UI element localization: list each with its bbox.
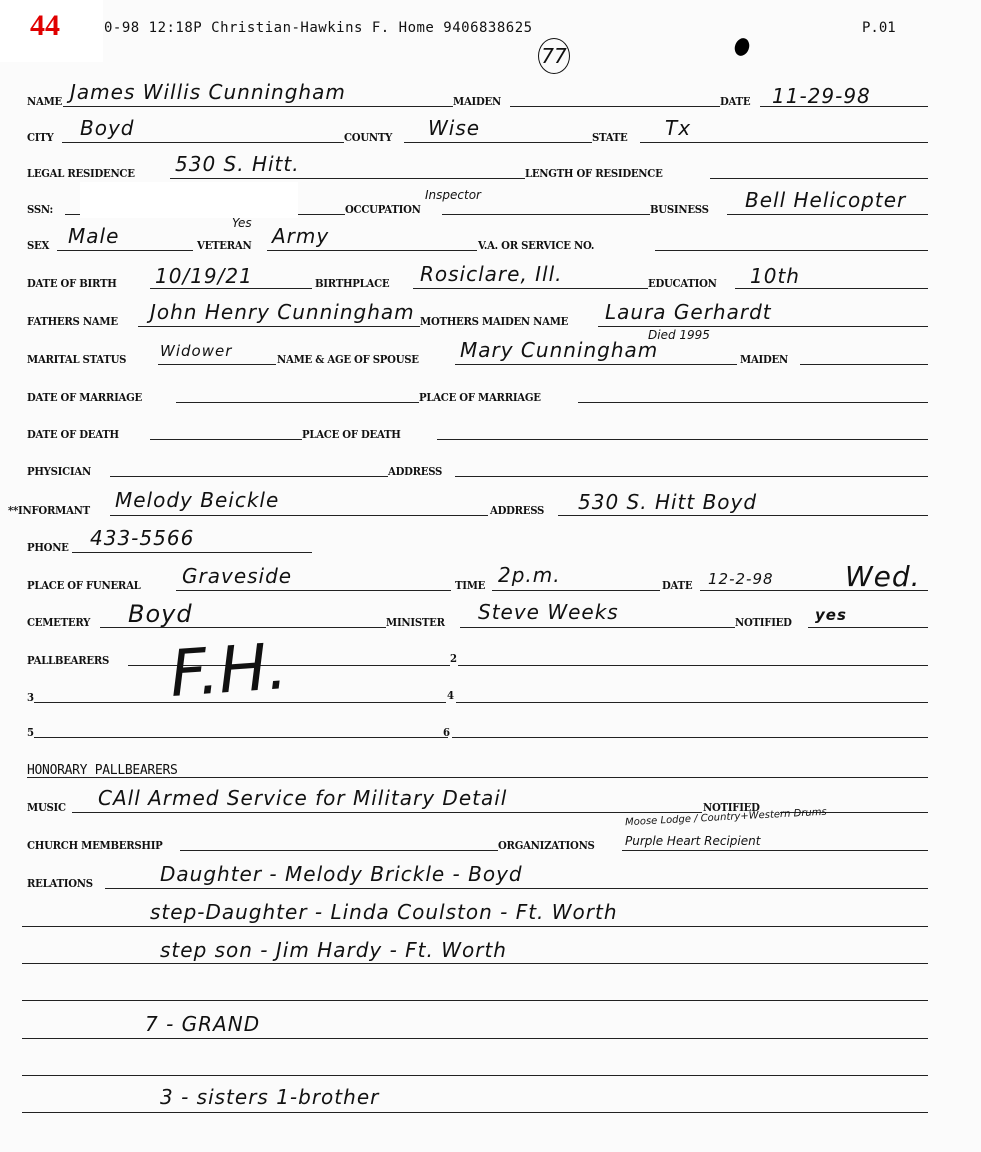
va-no-line <box>655 250 928 251</box>
legal-residence-line <box>170 178 525 179</box>
place-of-death-line <box>437 439 928 440</box>
physician-address-line <box>455 476 928 477</box>
name-line <box>63 106 453 107</box>
pallbearer-6-line <box>452 737 928 738</box>
veteran-line <box>267 250 477 251</box>
mothers-maiden-line <box>598 326 928 327</box>
dob-field[interactable]: 10/19/21 <box>155 264 253 288</box>
city-field[interactable]: Boyd <box>80 116 135 140</box>
label-va-no: V.A. OR SERVICE NO. <box>478 238 594 252</box>
label-notified: NOTIFIED <box>735 615 792 629</box>
legal-residence-field[interactable]: 530 S. Hitt. <box>175 152 300 176</box>
notified-line <box>808 627 928 628</box>
label-informant-address: ADDRESS <box>490 503 544 517</box>
music-line <box>72 812 702 813</box>
mothers-maiden-field[interactable]: Laura Gerhardt <box>605 300 772 324</box>
label-music: MUSIC <box>27 800 66 814</box>
label-length-of-residence: LENGTH OF RESIDENCE <box>525 166 663 180</box>
birthplace-line <box>413 288 648 289</box>
label-business: BUSINESS <box>650 202 709 216</box>
veteran-field[interactable]: Army <box>272 224 329 248</box>
relations-line-7 <box>22 1112 928 1113</box>
label-informant: **INFORMANT <box>8 503 90 517</box>
label-place-of-death: PLACE OF DEATH <box>302 427 401 441</box>
time-field[interactable]: 2p.m. <box>498 563 561 587</box>
physician-line <box>110 476 388 477</box>
music-field[interactable]: CAll Armed Service for Military Detail <box>98 786 507 810</box>
label-pallbearer-4: 4 <box>447 688 454 702</box>
education-line <box>735 288 928 289</box>
church-membership-line <box>180 850 498 851</box>
relations-line-6 <box>22 1075 928 1076</box>
date-of-death-line <box>150 439 302 440</box>
label-state: STATE <box>592 130 628 144</box>
business-field[interactable]: Bell Helicopter <box>745 188 906 212</box>
pallbearer-4-line <box>456 702 928 703</box>
organizations-field[interactable]: Purple Heart Recipient <box>625 834 760 848</box>
state-field[interactable]: Tx <box>665 116 691 140</box>
label-birthplace: BIRTHPLACE <box>315 276 389 290</box>
veteran-note: Yes <box>232 216 252 230</box>
label-sex: SEX <box>27 238 49 252</box>
birthplace-field[interactable]: Rosiclare, Ill. <box>420 262 563 286</box>
label-relations: RELATIONS <box>27 876 93 890</box>
label-minister: MINISTER <box>386 615 445 629</box>
label-pallbearer-5: 5 <box>27 725 34 739</box>
label-pallbearers: PALLBEARERS <box>27 653 109 667</box>
sex-field[interactable]: Male <box>68 224 119 248</box>
label-spouse-maiden: MAIDEN <box>740 352 788 366</box>
label-city: CITY <box>27 130 53 144</box>
fathers-name-line <box>138 326 420 327</box>
notified-field[interactable]: yes <box>815 606 847 624</box>
label-pallbearer-6: 6 <box>443 725 450 739</box>
spouse-field[interactable]: Mary Cunningham <box>460 338 658 362</box>
marital-status-line <box>158 364 276 365</box>
informant-address-field[interactable]: 530 S. Hitt Boyd <box>578 490 757 514</box>
label-pallbearer-3: 3 <box>27 690 34 704</box>
relation-1[interactable]: Daughter - Melody Brickle - Boyd <box>160 862 523 886</box>
label-funeral-date: DATE <box>662 578 692 592</box>
cemetery-field[interactable]: Boyd <box>128 600 193 628</box>
county-line <box>404 142 592 143</box>
label-honorary-pallbearers: HONORARY PALLBEARERS <box>27 763 178 778</box>
label-name: NAME <box>27 94 62 108</box>
circled-number: 77 <box>538 38 570 74</box>
minister-field[interactable]: Steve Weeks <box>478 600 619 624</box>
label-veteran: VETERAN <box>197 238 251 252</box>
label-place-of-marriage: PLACE OF MARRIAGE <box>419 390 541 404</box>
spouse-note: Died 1995 <box>648 328 710 342</box>
relations-line-1 <box>105 888 928 889</box>
sex-line <box>57 250 193 251</box>
label-date-of-death: DATE OF DEATH <box>27 427 119 441</box>
label-mothers-maiden: MOTHERS MAIDEN NAME <box>420 314 568 328</box>
pallbearers-mark: F.H. <box>168 630 290 712</box>
label-physician-address: ADDRESS <box>388 464 442 478</box>
label-spouse: NAME & AGE OF SPOUSE <box>277 352 419 366</box>
relation-2[interactable]: step-Daughter - Linda Coulston - Ft. Wor… <box>150 900 618 924</box>
label-pallbearer-2: 2 <box>450 651 457 665</box>
fathers-name-field[interactable]: John Henry Cunningham <box>150 300 415 324</box>
pallbearer-2-line <box>458 665 928 666</box>
place-of-funeral-field[interactable]: Graveside <box>182 564 292 588</box>
relation-7[interactable]: 3 - sisters 1-brother <box>160 1085 379 1109</box>
date-of-marriage-line <box>176 402 419 403</box>
relations-line-5 <box>22 1038 928 1039</box>
state-line <box>640 142 928 143</box>
label-occupation: OCCUPATION <box>345 202 421 216</box>
date-field[interactable]: 11-29-98 <box>772 84 871 108</box>
dob-line <box>150 288 312 289</box>
fax-page-number: P.01 <box>862 20 896 36</box>
place-of-marriage-line <box>578 402 928 403</box>
pallbearer-5-line <box>34 737 448 738</box>
label-organizations: ORGANIZATIONS <box>498 838 595 852</box>
label-marital-status: MARITAL STATUS <box>27 352 126 366</box>
length-of-residence-line <box>710 178 928 179</box>
relations-line-3 <box>22 963 928 964</box>
label-date-of-marriage: DATE OF MARRIAGE <box>27 390 142 404</box>
label-church-membership: CHURCH MEMBERSHIP <box>27 838 163 852</box>
occupation-field[interactable]: Inspector <box>425 188 481 202</box>
funeral-date-field[interactable]: 12-2-98 <box>708 570 774 588</box>
organizations-line <box>622 850 928 851</box>
label-phone: PHONE <box>27 540 69 554</box>
city-line <box>62 142 344 143</box>
ssn-redaction <box>80 182 298 218</box>
relation-5[interactable]: 7 - GRAND <box>145 1012 260 1036</box>
spouse-maiden-line <box>800 364 928 365</box>
name-field[interactable]: James Willis Cunningham <box>70 80 346 104</box>
label-place-of-funeral: PLACE OF FUNERAL <box>27 578 141 592</box>
place-of-funeral-line <box>176 590 451 591</box>
time-line <box>492 590 660 591</box>
funeral-day-field[interactable]: Wed. <box>845 560 921 593</box>
minister-line <box>460 627 735 628</box>
label-dob: DATE OF BIRTH <box>27 276 117 290</box>
occupation-line <box>442 214 650 215</box>
relation-3[interactable]: step son - Jim Hardy - Ft. Worth <box>160 938 507 962</box>
label-time: TIME <box>455 578 485 592</box>
label-date: DATE <box>720 94 750 108</box>
informant-line <box>110 515 488 516</box>
label-education: EDUCATION <box>648 276 717 290</box>
marital-status-field[interactable]: Widower <box>160 342 232 360</box>
page-number-badge: 44 <box>0 0 103 62</box>
label-ssn: SSN: <box>27 202 53 216</box>
label-physician: PHYSICIAN <box>27 464 91 478</box>
maiden-line <box>510 106 720 107</box>
county-field[interactable]: Wise <box>428 116 480 140</box>
phone-line <box>72 552 312 553</box>
relations-line-4 <box>22 1000 928 1001</box>
fax-header: 0-98 12:18P Christian-Hawkins F. Home 94… <box>104 20 533 36</box>
label-fathers-name: FATHERS NAME <box>27 314 118 328</box>
business-line <box>727 214 928 215</box>
label-cemetery: CEMETERY <box>27 615 90 629</box>
education-field[interactable]: 10th <box>750 264 800 288</box>
label-county: COUNTY <box>344 130 392 144</box>
honorary-pallbearers-line <box>27 777 928 778</box>
relations-line-2 <box>22 926 928 927</box>
label-legal-residence: LEGAL RESIDENCE <box>27 166 135 180</box>
ink-blot <box>732 36 751 58</box>
label-maiden: MAIDEN <box>453 94 501 108</box>
phone-field[interactable]: 433-5566 <box>90 526 194 550</box>
spouse-line <box>455 364 737 365</box>
informant-field[interactable]: Melody Beickle <box>115 488 279 512</box>
informant-address-line <box>558 515 928 516</box>
